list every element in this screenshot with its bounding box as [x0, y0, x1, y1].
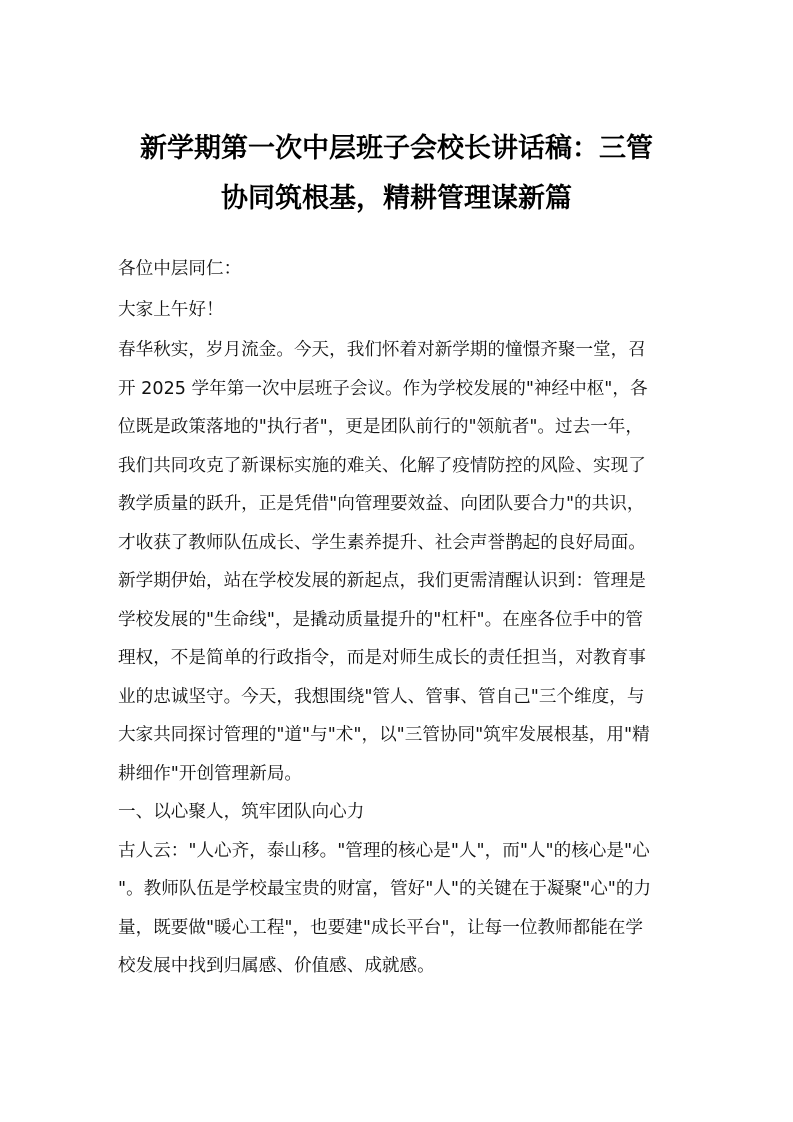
document-page: 新学期第一次中层班子会校长讲话稿：三管 协同筑根基，精耕管理谋新篇 各位中层同仁…: [0, 0, 793, 1122]
text-line: 理权，不是简单的行政指令，而是对师生成长的责任担当，对教育事: [118, 639, 678, 678]
text-line: 古人云："人心齐，泰山移。"管理的核心是"人"，而"人"的核心是"心: [118, 832, 678, 871]
paragraph-2: 新学期伊始，站在学校发展的新起点，我们更需清醒认识到：管理是 学校发展的"生命线…: [118, 562, 678, 793]
text-line: "。教师队伍是学校最宝贵的财富，管好"人"的关键在于凝聚"心"的力: [118, 870, 678, 909]
text-line: 开 2025 学年第一次中层班子会议。作为学校发展的"神经中枢"，各: [118, 370, 678, 409]
text-line: 业的忠诚坚守。今天，我想围绕"管人、管事、管自己"三个维度，与: [118, 678, 678, 717]
text-line: 学校发展的"生命线"，是撬动质量提升的"杠杆"。在座各位手中的管: [118, 601, 678, 640]
text-line: 春华秋实，岁月流金。今天，我们怀着对新学期的憧憬齐聚一堂，召: [118, 331, 678, 370]
text-line: 才收获了教师队伍成长、学生素养提升、社会声誉鹊起的良好局面。: [118, 524, 678, 563]
document-body: 各位中层同仁： 大家上午好！ 春华秋实，岁月流金。今天，我们怀着对新学期的憧憬齐…: [118, 250, 678, 986]
text-line: 位既是政策落地的"执行者"，更是团队前行的"领航者"。过去一年，: [118, 408, 678, 447]
text-line: 耕细作"开创管理新局。: [118, 755, 678, 794]
document-title: 新学期第一次中层班子会校长讲话稿：三管 协同筑根基，精耕管理谋新篇: [110, 124, 683, 224]
greeting: 大家上午好！: [118, 291, 678, 330]
text-line: 我们共同攻克了新课标实施的难关、化解了疫情防控的风险、实现了: [118, 447, 678, 486]
text-line: 量，既要做"暖心工程"，也要建"成长平台"，让每一位教师都能在学: [118, 909, 678, 948]
title-line: 新学期第一次中层班子会校长讲话稿：三管: [110, 124, 683, 174]
section-heading: 一、以心聚人，筑牢团队向心力: [118, 793, 678, 832]
salutation: 各位中层同仁：: [118, 250, 678, 289]
paragraph-3: 古人云："人心齐，泰山移。"管理的核心是"人"，而"人"的核心是"心 "。教师队…: [118, 832, 678, 986]
paragraph-1: 春华秋实，岁月流金。今天，我们怀着对新学期的憧憬齐聚一堂，召 开 2025 学年…: [118, 331, 678, 562]
text-line: 教学质量的跃升，正是凭借"向管理要效益、向团队要合力"的共识，: [118, 485, 678, 524]
title-line: 协同筑根基，精耕管理谋新篇: [110, 174, 683, 224]
text-line: 大家共同探讨管理的"道"与"术"，以"三管协同"筑牢发展根基，用"精: [118, 716, 678, 755]
text-line: 新学期伊始，站在学校发展的新起点，我们更需清醒认识到：管理是: [118, 562, 678, 601]
text-line: 校发展中找到归属感、价值感、成就感。: [118, 947, 678, 986]
